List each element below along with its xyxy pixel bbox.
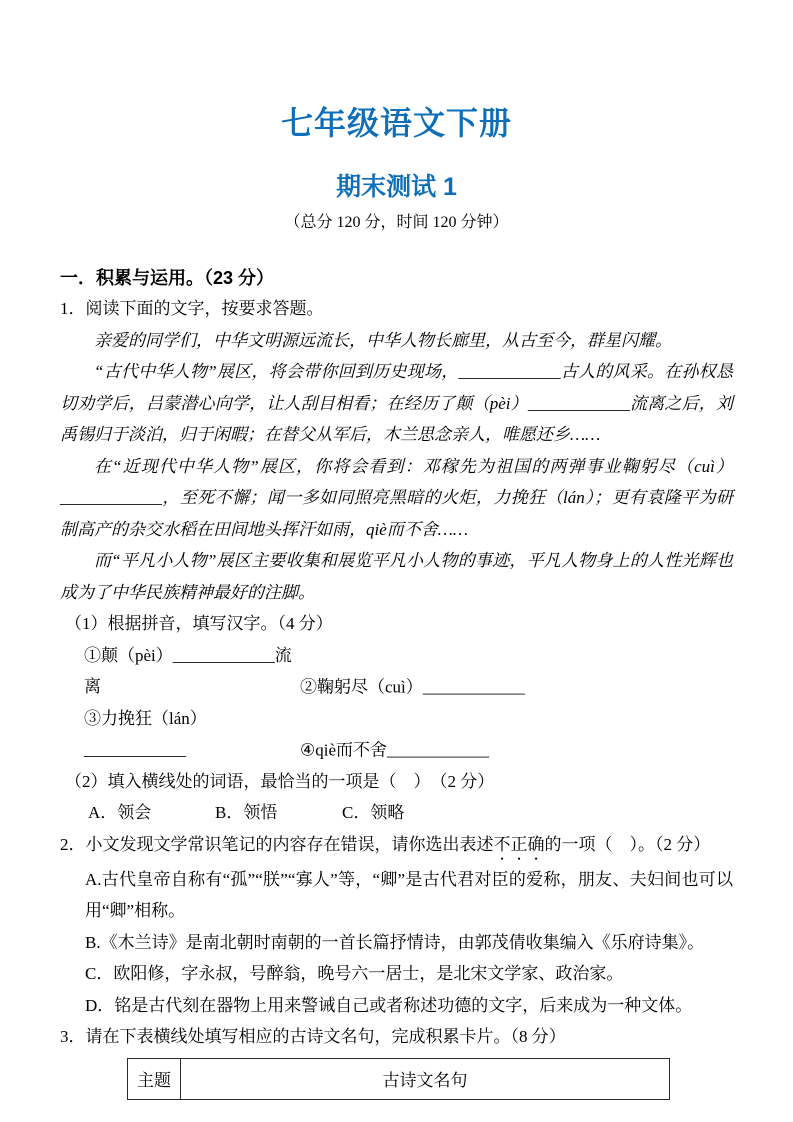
question-2-stem: 2．小文发现文学常识笔记的内容存在错误，请你选出表述不正确的一项（ ）。（2 分…	[60, 829, 733, 864]
pinyin-item-4: ④qiè而不舍____________	[300, 740, 489, 759]
pinyin-item-1: ①颠（pèi）____________流离	[84, 640, 300, 703]
table-header-row: 主题 古诗文名句	[128, 1058, 670, 1099]
pinyin-fill-row-2: ③力挽狂（lán）____________④qiè而不舍____________	[60, 703, 733, 766]
question-1-stem: 1．阅读下面的文字，按要求答题。	[60, 293, 733, 325]
option-a: A．领会	[88, 797, 215, 829]
exam-body: 1．阅读下面的文字，按要求答题。 亲爱的同学们，中华文明源远流长，中华人物长廊里…	[60, 293, 733, 1100]
doc-subtitle: 期末测试 1	[60, 171, 733, 203]
question-2-stem-prefix: 2．小文发现文学常识笔记的内容存在错误，请你选出表述	[60, 835, 494, 854]
pinyin-item-3: ③力挽狂（lán）____________	[84, 703, 300, 766]
passage-paragraph-1: 亲爱的同学们，中华文明源远流长，中华人物长廊里，从古至今，群星闪耀。	[60, 325, 733, 357]
pinyin-item-2: ②鞠躬尽（cuì）____________	[300, 677, 525, 696]
question-2-stem-emphasis: 不正确	[494, 835, 545, 854]
question-1-sub-2-label: （2）填入横线处的词语，最恰当的一项是（ ） （2 分）	[60, 766, 733, 798]
passage-paragraph-4: 而“平凡小人物”展区主要收集和展览平凡小人物的事迹，平凡人物身上的人性光辉也成为…	[60, 545, 733, 608]
section-heading: 一．积累与运用。（23 分）	[60, 263, 733, 293]
question-3-stem: 3．请在下表横线处填写相应的古诗文名句，完成积累卡片。（8 分）	[60, 1021, 733, 1053]
question-2-stem-suffix: 的一项（ ）。（2 分）	[545, 835, 711, 854]
accumulation-card-table: 主题 古诗文名句	[127, 1058, 670, 1100]
doc-meta-score-time: （总分 120 分，时间 120 分钟）	[60, 211, 733, 235]
passage-paragraph-2: “古代中华人物”展区，将会带你回到历史现场，____________古人的风采。…	[60, 356, 733, 451]
question-2-option-c: C．欧阳修，字永叔，号醉翁，晚号六一居士，是北宋文学家、政治家。	[60, 958, 733, 990]
table-header-theme: 主题	[128, 1058, 181, 1099]
option-c: C．领略	[342, 797, 404, 829]
table-header-famous-lines: 古诗文名句	[181, 1058, 670, 1099]
question-2-option-a: A.古代皇帝自称有“孤”“朕”“寡人”等，“卿”是古代君对臣的爱称，朋友、夫妇间…	[60, 864, 733, 927]
question-1-sub-1-label: （1）根据拼音，填写汉字。（4 分）	[60, 608, 733, 640]
question-2-option-b: B.《木兰诗》是南北朝时南朝的一首长篇抒情诗，由郭茂倩收集编入《乐府诗集》。	[60, 927, 733, 959]
exam-document-page: 七年级语文下册 期末测试 1 （总分 120 分，时间 120 分钟） 一．积累…	[0, 0, 793, 1122]
option-b: B．领悟	[215, 797, 342, 829]
passage-paragraph-3: 在“近现代中华人物”展区，你将会看到：邓稼先为祖国的两弹事业鞠躬尽（cuì）__…	[60, 451, 733, 546]
question-1-sub-2-options: A．领会B．领悟C．领略	[60, 797, 733, 829]
question-2-option-d: D．铭是古代刻在器物上用来警诫自己或者称述功德的文字，后来成为一种文体。	[60, 990, 733, 1022]
doc-title: 七年级语文下册	[60, 103, 733, 143]
pinyin-fill-row-1: ①颠（pèi）____________流离②鞠躬尽（cuì）__________…	[60, 640, 733, 703]
